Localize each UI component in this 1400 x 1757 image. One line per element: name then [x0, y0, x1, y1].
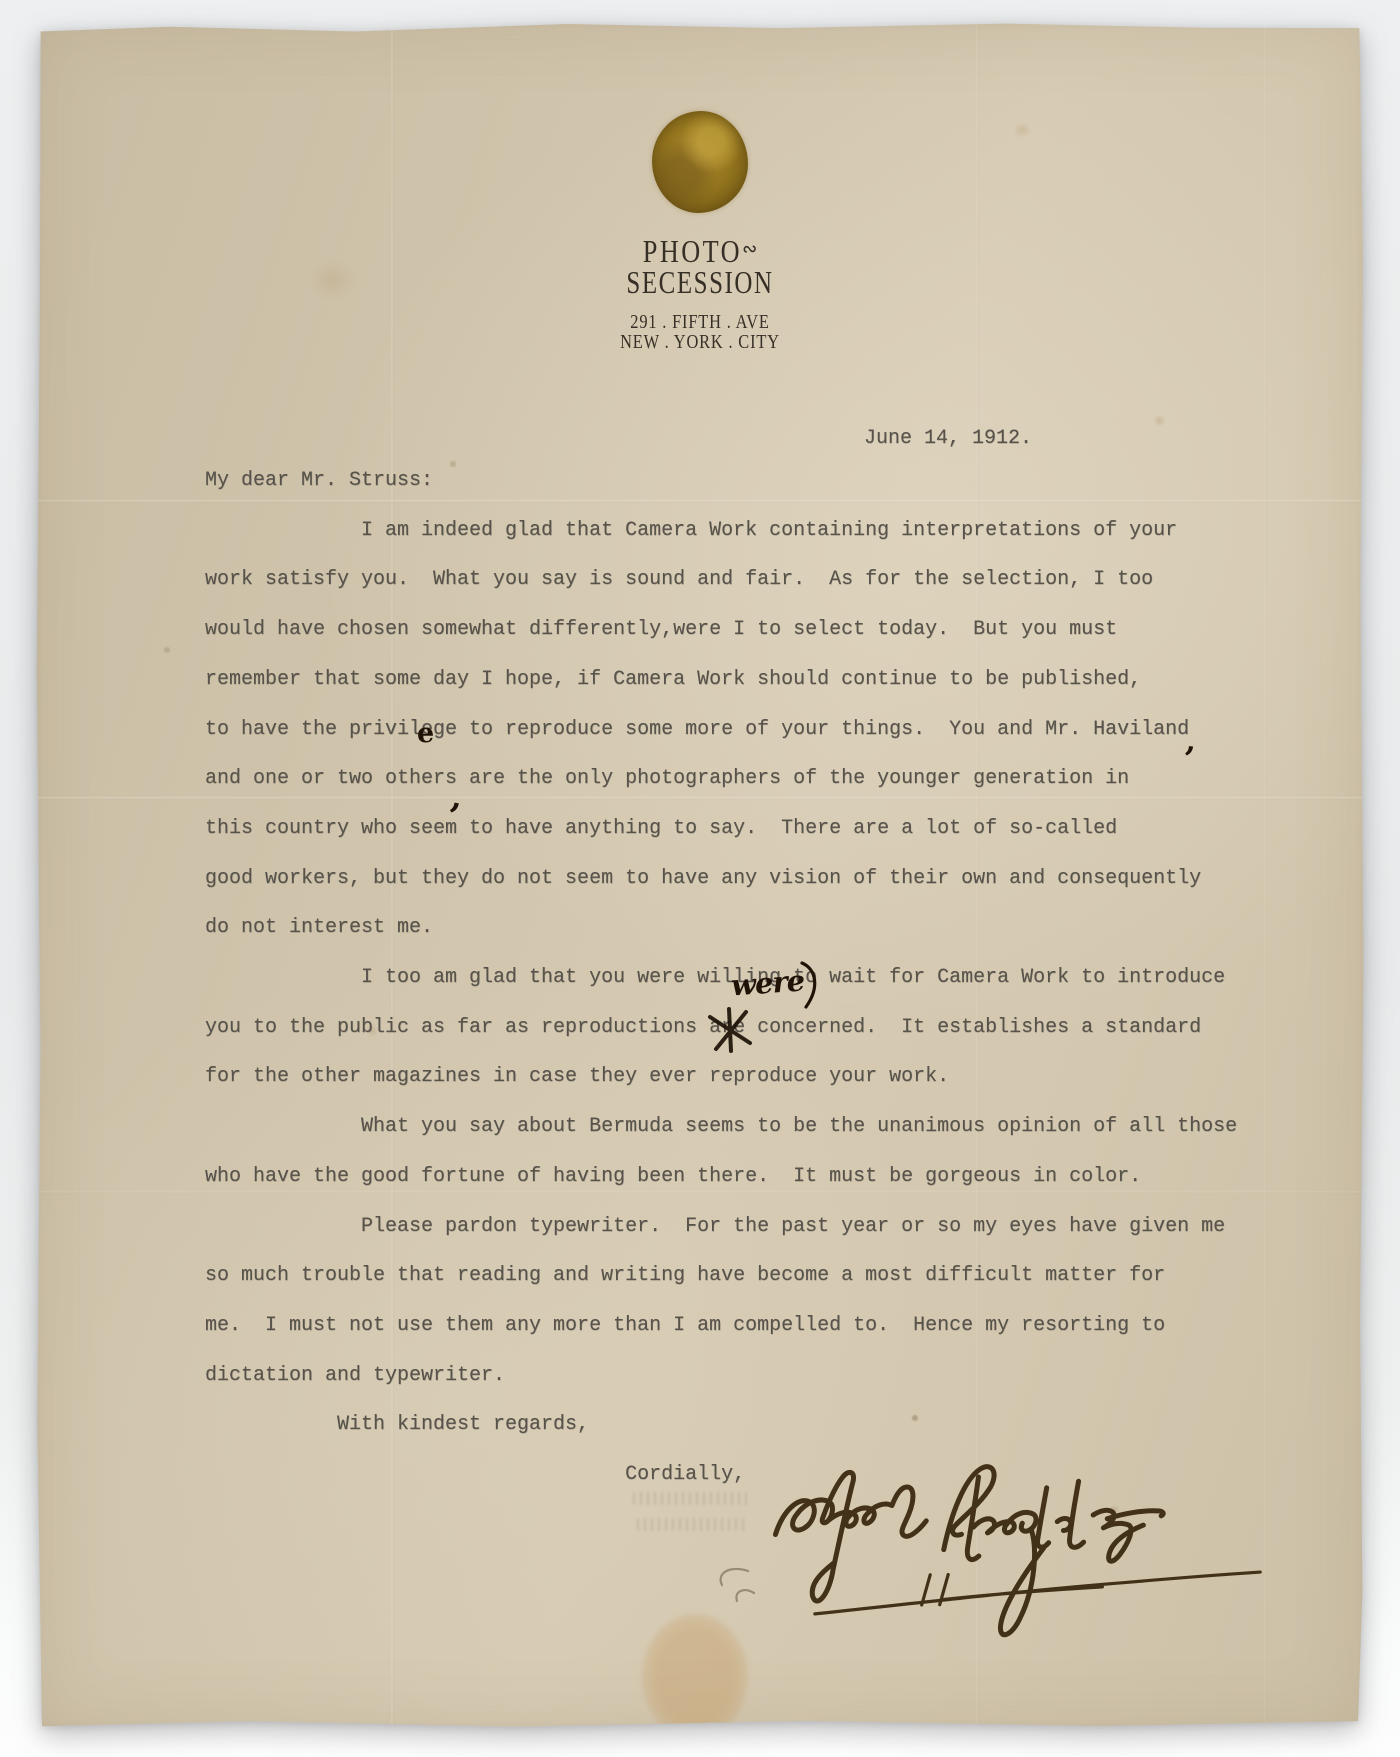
gold-seal — [652, 111, 748, 213]
letterhead-address-street: 291 . FIFTH . AVE — [630, 312, 769, 332]
typed-line: to have the privilege to reproduce some … — [205, 705, 1265, 755]
signature-alfred-stieglitz: Alfred Stieglitz — [764, 1443, 1308, 1682]
typed-line: and one or two others are the only photo… — [205, 754, 1265, 804]
strikeout-x-mark — [704, 1009, 756, 1053]
typed-line: this country who seem to have anything t… — [205, 804, 1265, 854]
letter-paper: PHOTO∾ SECESSION 291 . FIFTH . AVE NEW .… — [36, 23, 1364, 1728]
overstruck-e-correction: e — [417, 720, 434, 747]
salutation-line: My dear Mr. Struss: — [205, 456, 1265, 506]
photographed-letter-scene: PHOTO∾ SECESSION 291 . FIFTH . AVE NEW .… — [0, 0, 1400, 1757]
ghost-typing-row — [637, 1518, 747, 1531]
handwritten-word-were: were — [730, 966, 805, 1000]
seal-offset-stain — [642, 1614, 748, 1740]
typed-line: work satisfy you. What you say is sound … — [205, 555, 1265, 605]
typed-line: dictation and typewriter. — [205, 1351, 1265, 1401]
foxing-stain — [1154, 415, 1165, 426]
signature-underline-flourish — [814, 1569, 1261, 1614]
typed-line: who have the good fortune of having been… — [205, 1152, 1265, 1202]
typed-line: What you say about Bermuda seems to be t… — [205, 1102, 1265, 1152]
typed-line: I am indeed glad that Camera Work contai… — [205, 506, 1265, 556]
foxing-stain — [1014, 123, 1030, 137]
typed-line: do not interest me. — [205, 903, 1265, 953]
ghost-typing-row — [633, 1492, 749, 1505]
typed-line: for the other magazines in case they eve… — [205, 1052, 1265, 1102]
foxing-stain — [310, 261, 356, 299]
typed-line: Please pardon typewriter. For the past y… — [205, 1202, 1265, 1252]
typed-line: remember that some day I hope, if Camera… — [205, 655, 1265, 705]
typed-line: would have chosen somewhat differently,w… — [205, 605, 1265, 655]
closing-line: With kindest regards, — [205, 1400, 1265, 1450]
signature-stroke-alfred — [774, 1471, 927, 1602]
were-flourish-paren — [798, 959, 828, 1011]
date-line: June 14, 1912. — [864, 425, 1032, 453]
letterhead-title-photo: PHOTO∾ — [643, 235, 757, 267]
typed-line: so much trouble that reading and writing… — [205, 1251, 1265, 1301]
paper-shadow-wrap: PHOTO∾ SECESSION 291 . FIFTH . AVE NEW .… — [0, 0, 1400, 1757]
pencil-squiggle-marks — [714, 1563, 770, 1609]
signature-stroke-stieglitz — [942, 1464, 1165, 1636]
letterhead-swash-glyph: ∾ — [742, 236, 757, 261]
letterhead-title-secession: SECESSION — [626, 266, 773, 298]
ink-speck — [164, 647, 170, 653]
typed-line: me. I must not use them any more than I … — [205, 1301, 1265, 1351]
typed-line: good workers, but they do not seem to ha… — [205, 854, 1265, 904]
letterhead-address-city: NEW . YORK . CITY — [620, 332, 780, 352]
